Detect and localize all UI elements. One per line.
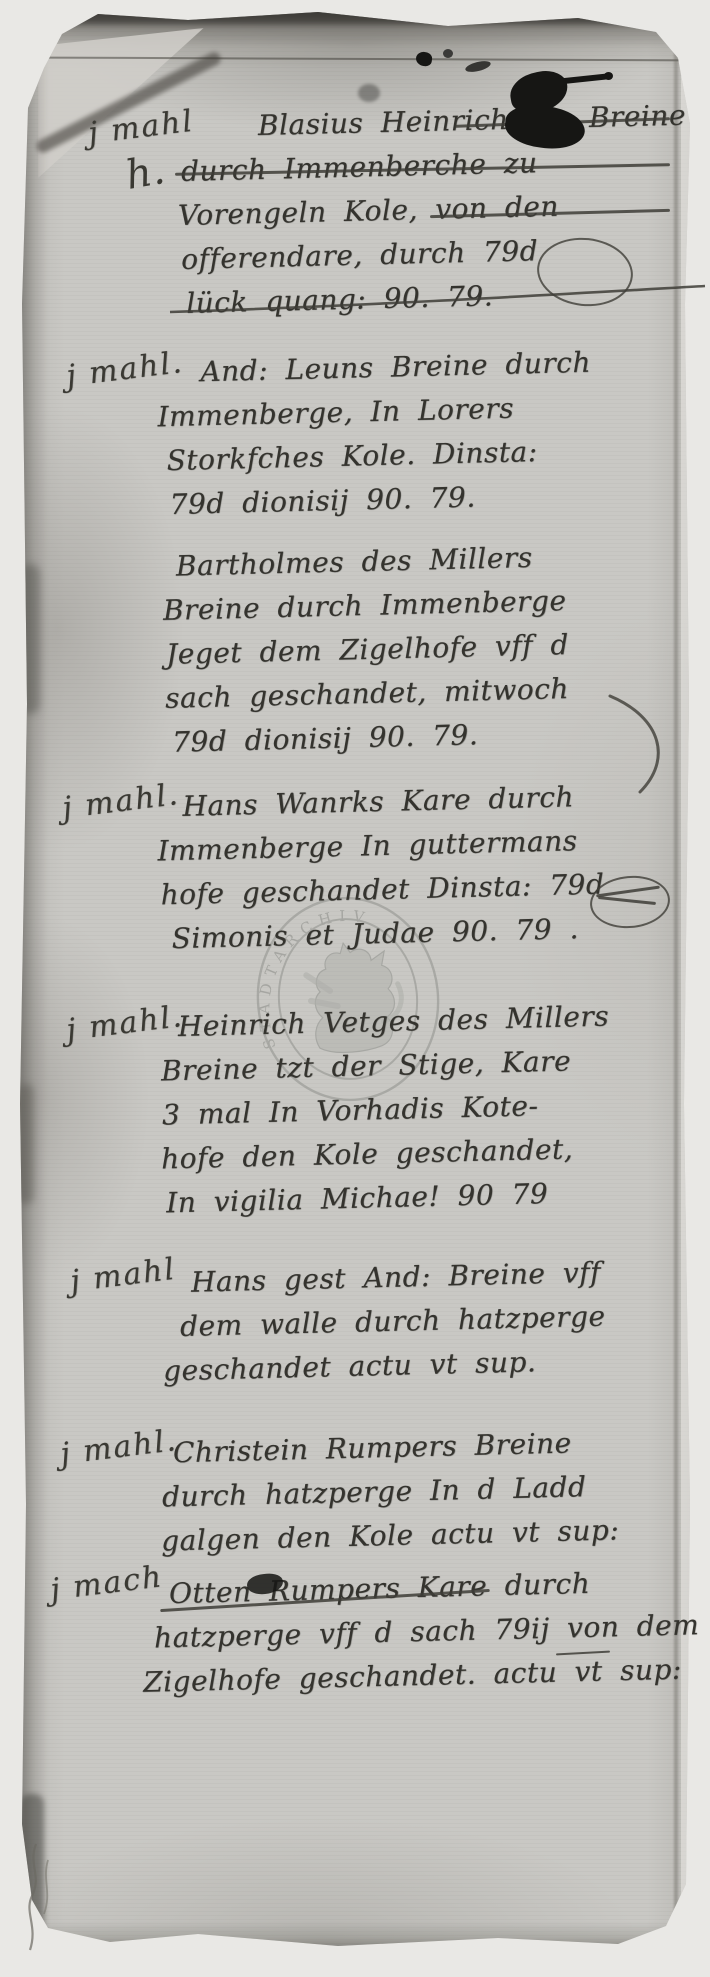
manuscript-scan: STADTARCHIV j mahl h. Blasius Heinrichma… [0, 0, 710, 1977]
pen-flourish [600, 688, 690, 803]
ink-smudge [358, 84, 380, 102]
horizontal-crease-line [48, 57, 700, 62]
manuscript-entry: Heinrich Vetges des Millers Breine tzt d… [157, 995, 614, 1226]
manuscript-entry: And: Leuns Breine durch Immenberge, In L… [156, 341, 595, 528]
torn-top-edge [18, 4, 694, 68]
manuscript-entry: Hans Wanrks Kare durch Immenberge In gut… [156, 775, 606, 962]
torn-bottom-edge [22, 1922, 688, 1956]
torn-top-edge-dark [44, 6, 684, 24]
strikethrough-underline [165, 276, 710, 322]
ink-blot [604, 72, 613, 80]
ink-blot [443, 49, 453, 58]
manuscript-entry: Otten Rumpers Kare durch hatzperge vff d… [140, 1559, 700, 1705]
manuscript-entry: Christein Rumpers Breine durch hatzperge… [156, 1420, 619, 1563]
left-edge-stain [18, 1084, 34, 1204]
manuscript-entry: Bartholmes des Millers Breine durch Imme… [157, 535, 571, 765]
frayed-left-edge [18, 4, 48, 1956]
frayed-fiber-marks [22, 1840, 82, 1960]
left-edge-stain [20, 564, 40, 714]
manuscript-entry: Hans gest And: Breine vff dem walle durc… [160, 1251, 607, 1394]
